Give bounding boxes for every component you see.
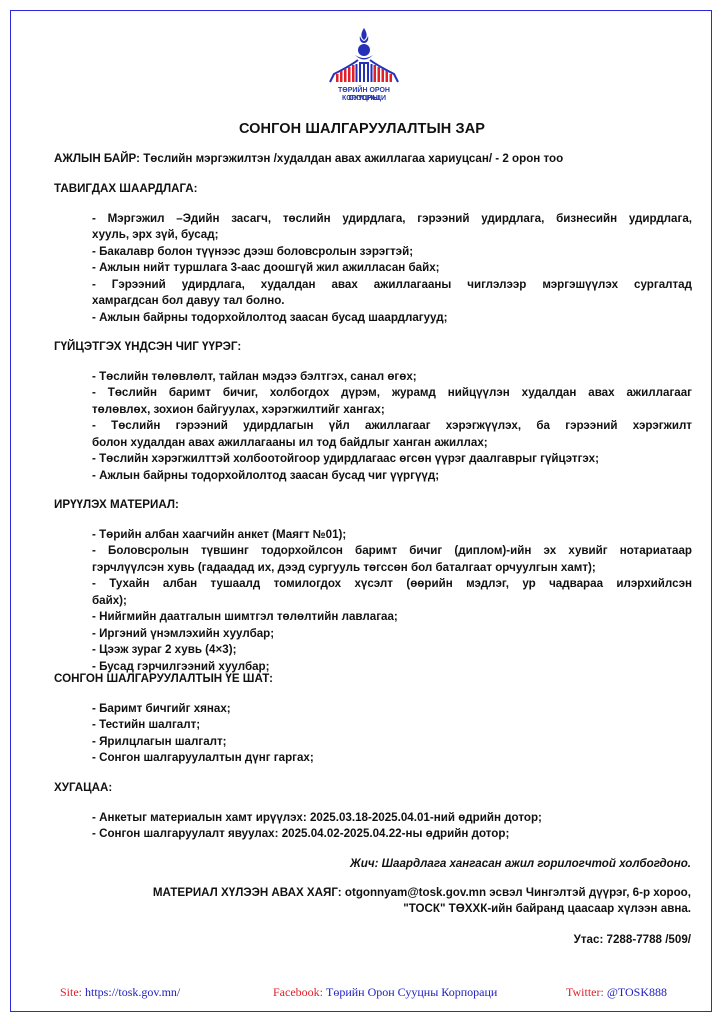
- list-item: болон худалдан авах ажиллагааны ил тод б…: [92, 435, 488, 452]
- list-item: - Төслийн хэрэгжилттэй холбоотойгоор уди…: [92, 451, 599, 468]
- list-item: - Сонгон шалгаруулалт явуулах: 2025.04.0…: [92, 826, 509, 843]
- list-item: - Боловсролын түвшинг тодорхойлсон барим…: [92, 543, 692, 560]
- address-line1: МАТЕРИАЛ ХҮЛЭЭН АВАХ ХАЯГ: otgonnyam@tos…: [153, 885, 691, 902]
- footer-facebook-label: Facebook:: [273, 985, 323, 999]
- list-item: - Цээж зураг 2 хувь (4×3);: [92, 642, 236, 659]
- list-item: хууль, эрх зүй, бусад;: [92, 227, 218, 244]
- list-item: - Ажлын байрны тодорхойлолтод заасан бус…: [92, 310, 447, 327]
- phone-text: Утас: 7288-7788 /509/: [574, 932, 691, 949]
- footer-site[interactable]: Site: https://tosk.gov.mn/: [60, 985, 180, 1000]
- position-line: АЖЛЫН БАЙР: Төслийн мэргэжилтэн /худалда…: [54, 151, 563, 168]
- list-item: - Ажлын байрны тодорхойлолтод заасан бус…: [92, 468, 439, 485]
- list-item: - Анкетыг материалын хамт ирүүлэх: 2025.…: [92, 810, 542, 827]
- address-line2: "ТОСК" ТӨХХК-ийн байранд цаасаар хүлээн …: [403, 901, 691, 918]
- logo-text-line2: КОРПОРАЦИ: [322, 95, 406, 103]
- stages-heading: СОНГОН ШАЛГАРУУЛАЛТЫН ҮЕ ШАТ:: [54, 671, 273, 688]
- list-item: байх);: [92, 593, 127, 610]
- list-item: - Ярилцлагын шалгалт;: [92, 734, 227, 751]
- note-text: Жич: Шаардлага хангасан ажил горилогчтой…: [350, 856, 691, 873]
- list-item: - Мэргэжил –Эдийн засагч, төслийн удирдл…: [92, 211, 692, 228]
- footer-site-label: Site:: [60, 985, 82, 999]
- footer-facebook-link[interactable]: Төрийн Орон Сууцны Корпораци: [326, 985, 497, 999]
- list-item: - Ажлын нийт туршлага 3-аас доошгүй жил …: [92, 260, 440, 277]
- list-item: - Төслийн баримт бичиг, холбогдох дүрэм,…: [92, 385, 692, 402]
- requirements-heading: ТАВИГДАХ ШААРДЛАГА:: [54, 181, 198, 198]
- list-item: - Бакалавр болон түүнээс дээш боловсролы…: [92, 244, 413, 261]
- materials-heading: ИРҮҮЛЭХ МАТЕРИАЛ:: [54, 497, 179, 514]
- list-item: - Төслийн гэрээний удирдлагын үйл ажилла…: [92, 418, 692, 435]
- position-label: АЖЛЫН БАЙР:: [54, 152, 140, 165]
- organization-logo: ТӨРИЙН ОРОН СУУЦНЫ КОРПОРАЦИ: [322, 24, 406, 104]
- list-item: - Гэрээний удирдлага, худалдан авах ажил…: [92, 277, 692, 294]
- footer-facebook[interactable]: Facebook: Төрийн Орон Сууцны Корпораци: [273, 985, 497, 1000]
- list-item: хамрагдсан бол давуу тал болно.: [92, 293, 285, 310]
- list-item: - Тухайн албан тушаалд томилогдох хүсэлт…: [92, 576, 692, 593]
- footer-twitter-link[interactable]: @TOSK888: [607, 985, 667, 999]
- footer-twitter-label: Twitter:: [566, 985, 604, 999]
- list-item: - Тестийн шалгалт;: [92, 717, 200, 734]
- document-title: СОНГОН ШАЛГАРУУЛАЛТЫН ЗАР: [0, 121, 724, 137]
- deadline-heading: ХУГАЦАА:: [54, 780, 112, 797]
- duties-heading: ГҮЙЦЭТГЭХ ҮНДСЭН ЧИГ ҮҮРЭГ:: [54, 339, 241, 356]
- list-item: - Иргэний үнэмлэхийн хуулбар;: [92, 626, 274, 643]
- list-item: - Төслийн төлөвлөлт, тайлан мэдээ бэлтгэ…: [92, 369, 417, 386]
- position-value: Төслийн мэргэжилтэн /худалдан авах ажилл…: [143, 152, 563, 165]
- list-item: гэрчлүүлсэн хувь (гадаадад их, дээд сург…: [92, 560, 596, 577]
- list-item: - Баримт бичгийг хянах;: [92, 701, 231, 718]
- footer-twitter[interactable]: Twitter: @TOSK888: [566, 985, 667, 1000]
- list-item: - Сонгон шалгаруулалтын дүнг гаргах;: [92, 750, 314, 767]
- footer-site-link[interactable]: https://tosk.gov.mn/: [85, 985, 180, 999]
- list-item: - Нийгмийн даатгалын шимтгэл төлөлтийн л…: [92, 609, 398, 626]
- list-item: төлөвлөх, зохион байгуулах, хэрэгжилтийг…: [92, 402, 385, 419]
- list-item: - Төрийн албан хаагчийн анкет (Маягт №01…: [92, 527, 346, 544]
- logo-emblem-icon: [322, 24, 406, 86]
